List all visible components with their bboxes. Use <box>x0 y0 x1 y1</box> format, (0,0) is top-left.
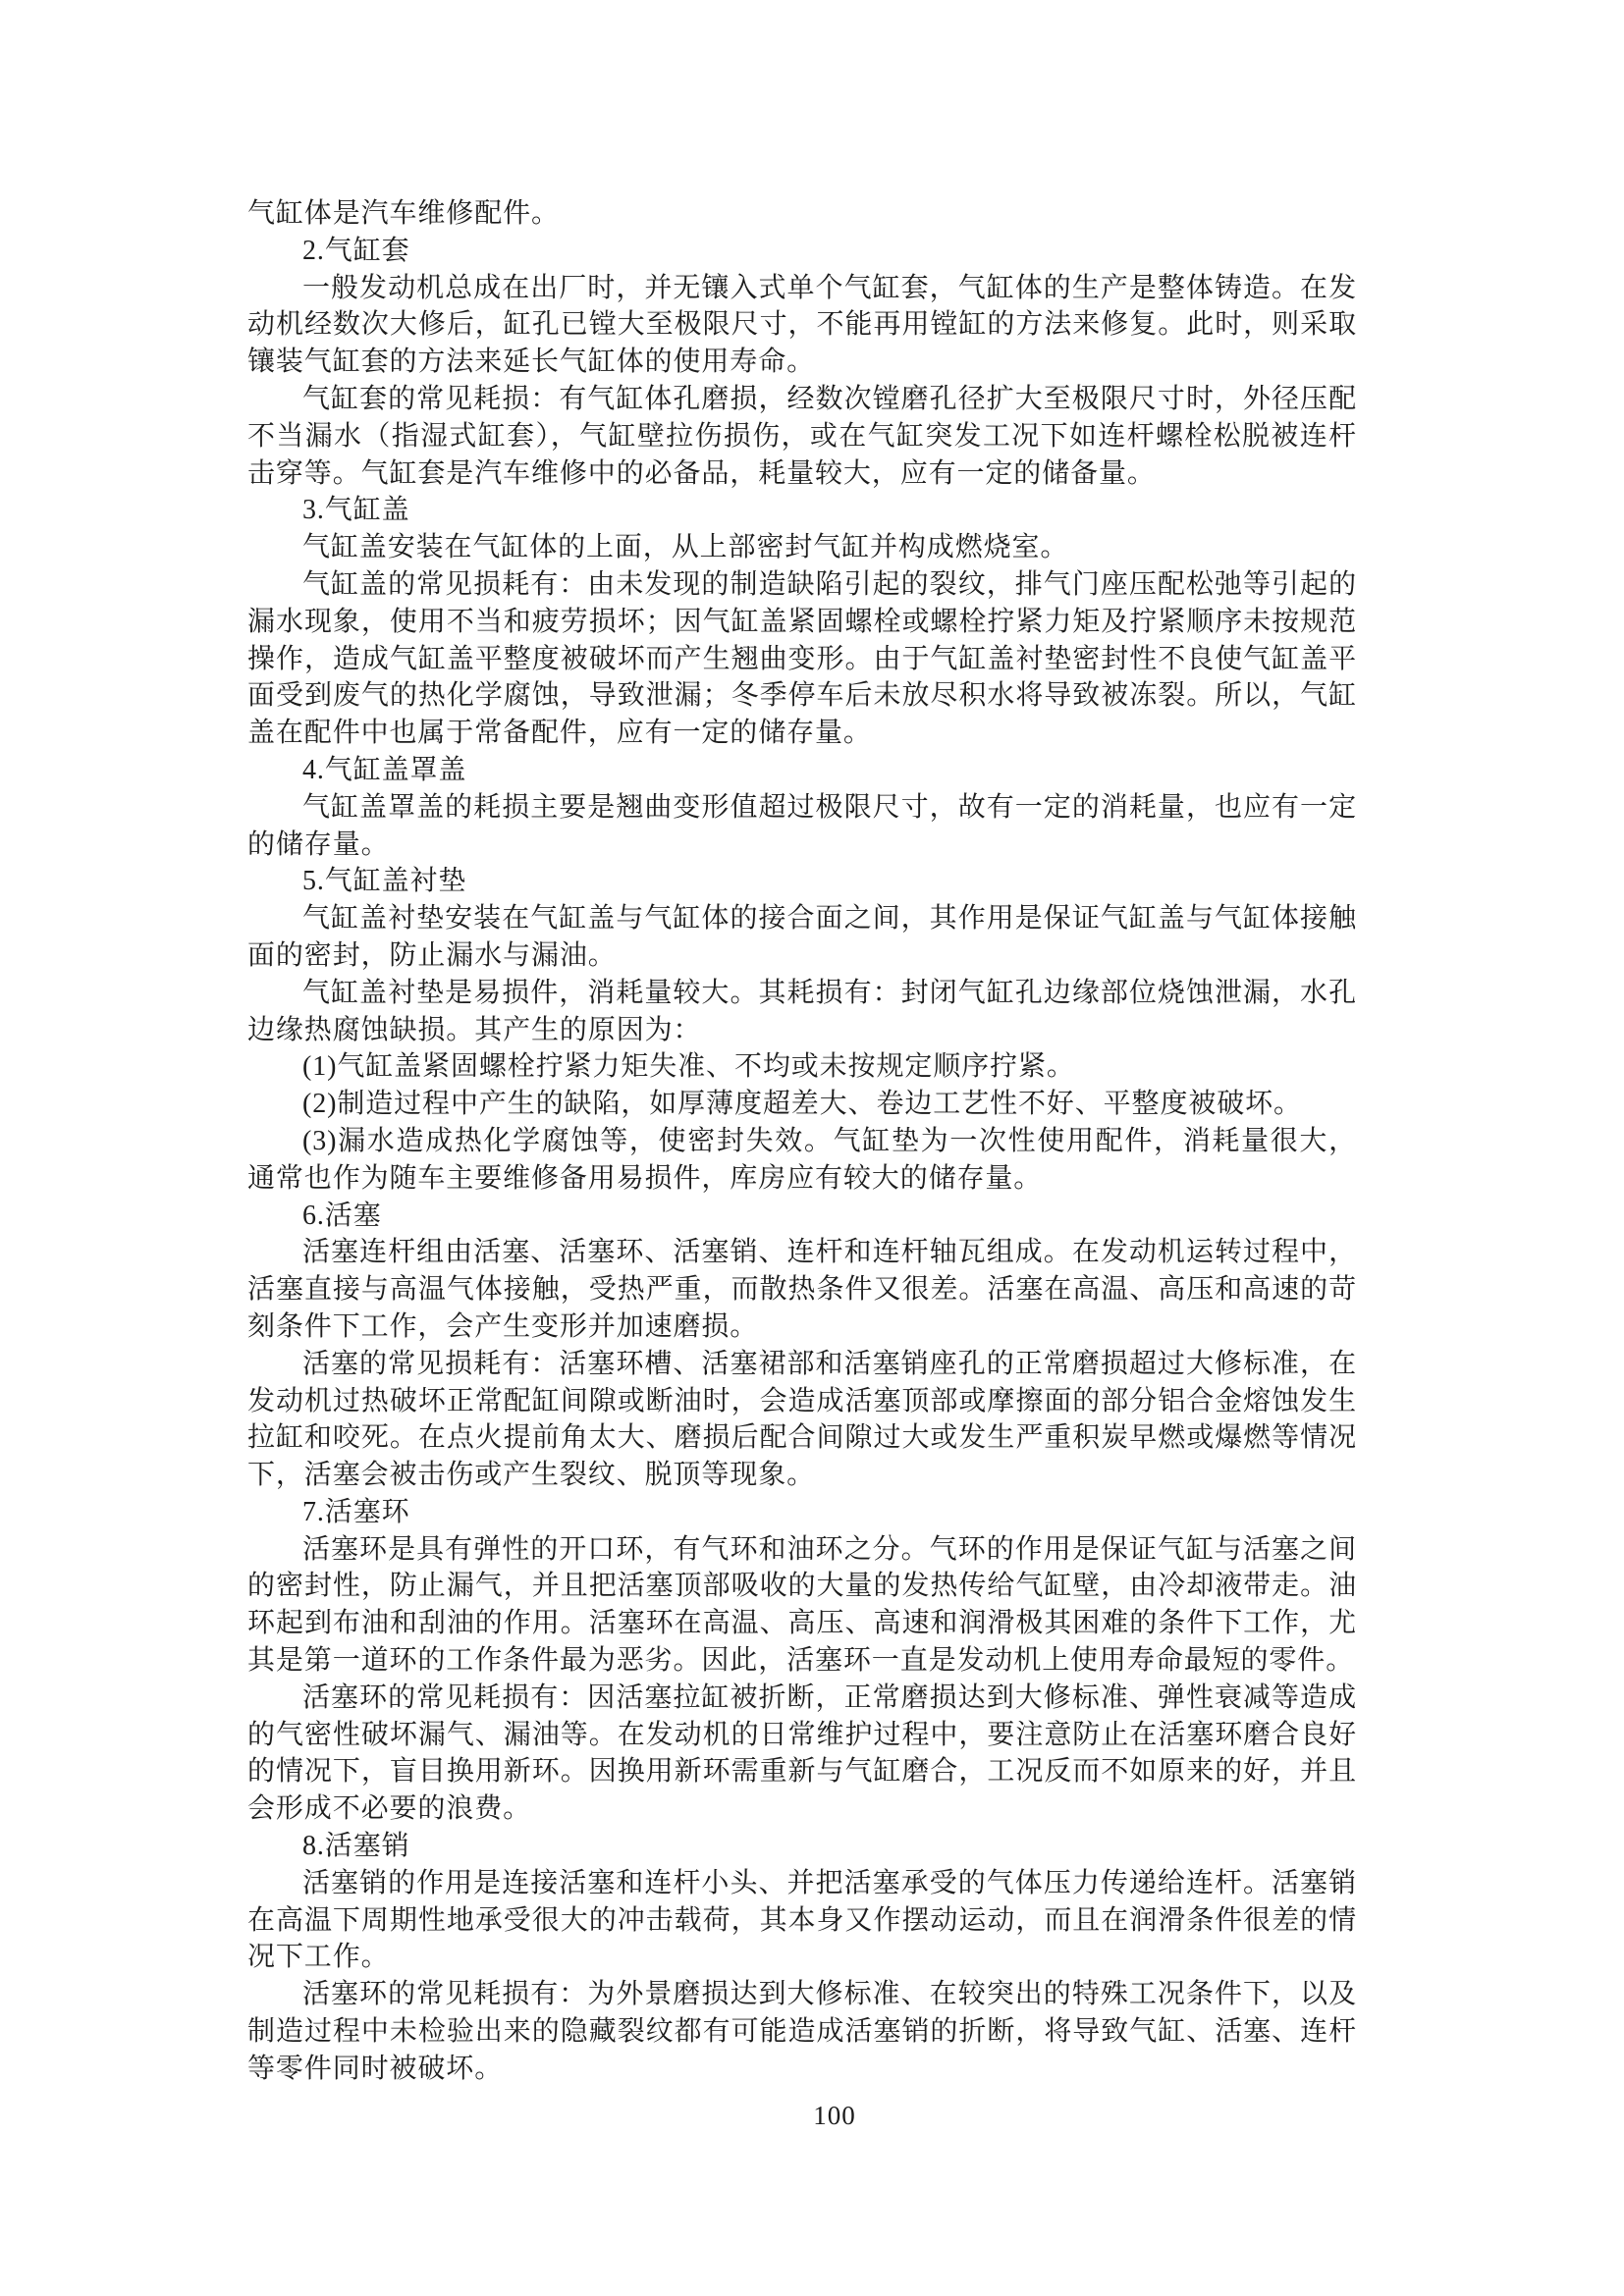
paragraph: 活塞的常见损耗有：活塞环槽、活塞裙部和活塞销座孔的正常磨损超过大修标准，在发动机… <box>247 1346 1357 1494</box>
body-text: 气缸体是汽车维修配件。 2.气缸套 一般发动机总成在出厂时，并无镶入式单个气缸套… <box>247 195 1357 2088</box>
page-number: 100 <box>813 2098 856 2133</box>
list-item-3: (3)漏水造成热化学腐蚀等，使密封失效。气缸垫为一次性使用配件，消耗量很大，通常… <box>247 1123 1357 1198</box>
paragraph-continuation: 气缸体是汽车维修配件。 <box>247 195 1357 233</box>
section-heading-piston: 6.活塞 <box>247 1198 1357 1235</box>
paragraph: 气缸套的常见耗损：有气缸体孔磨损，经数次镗磨孔径扩大至极限尺寸时，外径压配不当漏… <box>247 381 1357 492</box>
section-heading-head-gasket: 5.气缸盖衬垫 <box>247 863 1357 900</box>
paragraph: 气缸盖的常见损耗有：由未发现的制造缺陷引起的裂纹，排气门座压配松弛等引起的漏水现… <box>247 566 1357 752</box>
section-heading-piston-ring: 7.活塞环 <box>247 1494 1357 1531</box>
paragraph: 气缸盖衬垫是易损件，消耗量较大。其耗损有：封闭气缸孔边缘部位烧蚀泄漏，水孔边缘热… <box>247 975 1357 1049</box>
list-item-1: (1)气缸盖紧固螺栓拧紧力矩失准、不均或未按规定顺序拧紧。 <box>247 1048 1357 1086</box>
paragraph: 活塞环是具有弹性的开口环，有气环和油环之分。气环的作用是保证气缸与活塞之间的密封… <box>247 1531 1357 1680</box>
section-heading-piston-pin: 8.活塞销 <box>247 1828 1357 1865</box>
section-heading-head-cover: 4.气缸盖罩盖 <box>247 752 1357 789</box>
list-item-2: (2)制造过程中产生的缺陷，如厚薄度超差大、卷边工艺性不好、平整度被破坏。 <box>247 1086 1357 1123</box>
section-heading-cylinder-sleeve: 2.气缸套 <box>247 233 1357 270</box>
document-page: 气缸体是汽车维修配件。 2.气缸套 一般发动机总成在出厂时，并无镶入式单个气缸套… <box>0 0 1624 2296</box>
paragraph: 活塞连杆组由活塞、活塞环、活塞销、连杆和连杆轴瓦组成。在发动机运转过程中，活塞直… <box>247 1234 1357 1345</box>
paragraph: 活塞环的常见耗损有：因活塞拉缸被折断，正常磨损达到大修标准、弹性衰减等造成的气密… <box>247 1680 1357 1828</box>
paragraph: 气缸盖衬垫安装在气缸盖与气缸体的接合面之间，其作用是保证气缸盖与气缸体接触面的密… <box>247 900 1357 975</box>
paragraph: 气缸盖安装在气缸体的上面，从上部密封气缸并构成燃烧室。 <box>247 529 1357 566</box>
paragraph: 一般发动机总成在出厂时，并无镶入式单个气缸套，气缸体的生产是整体铸造。在发动机经… <box>247 270 1357 381</box>
paragraph: 活塞销的作用是连接活塞和连杆小头、并把活塞承受的气体压力传递给连杆。活塞销在高温… <box>247 1865 1357 1976</box>
paragraph: 气缸盖罩盖的耗损主要是翘曲变形值超过极限尺寸，故有一定的消耗量，也应有一定的储存… <box>247 789 1357 864</box>
paragraph: 活塞环的常见耗损有：为外景磨损达到大修标准、在较突出的特殊工况条件下，以及制造过… <box>247 1976 1357 2087</box>
section-heading-cylinder-head: 3.气缸盖 <box>247 492 1357 529</box>
